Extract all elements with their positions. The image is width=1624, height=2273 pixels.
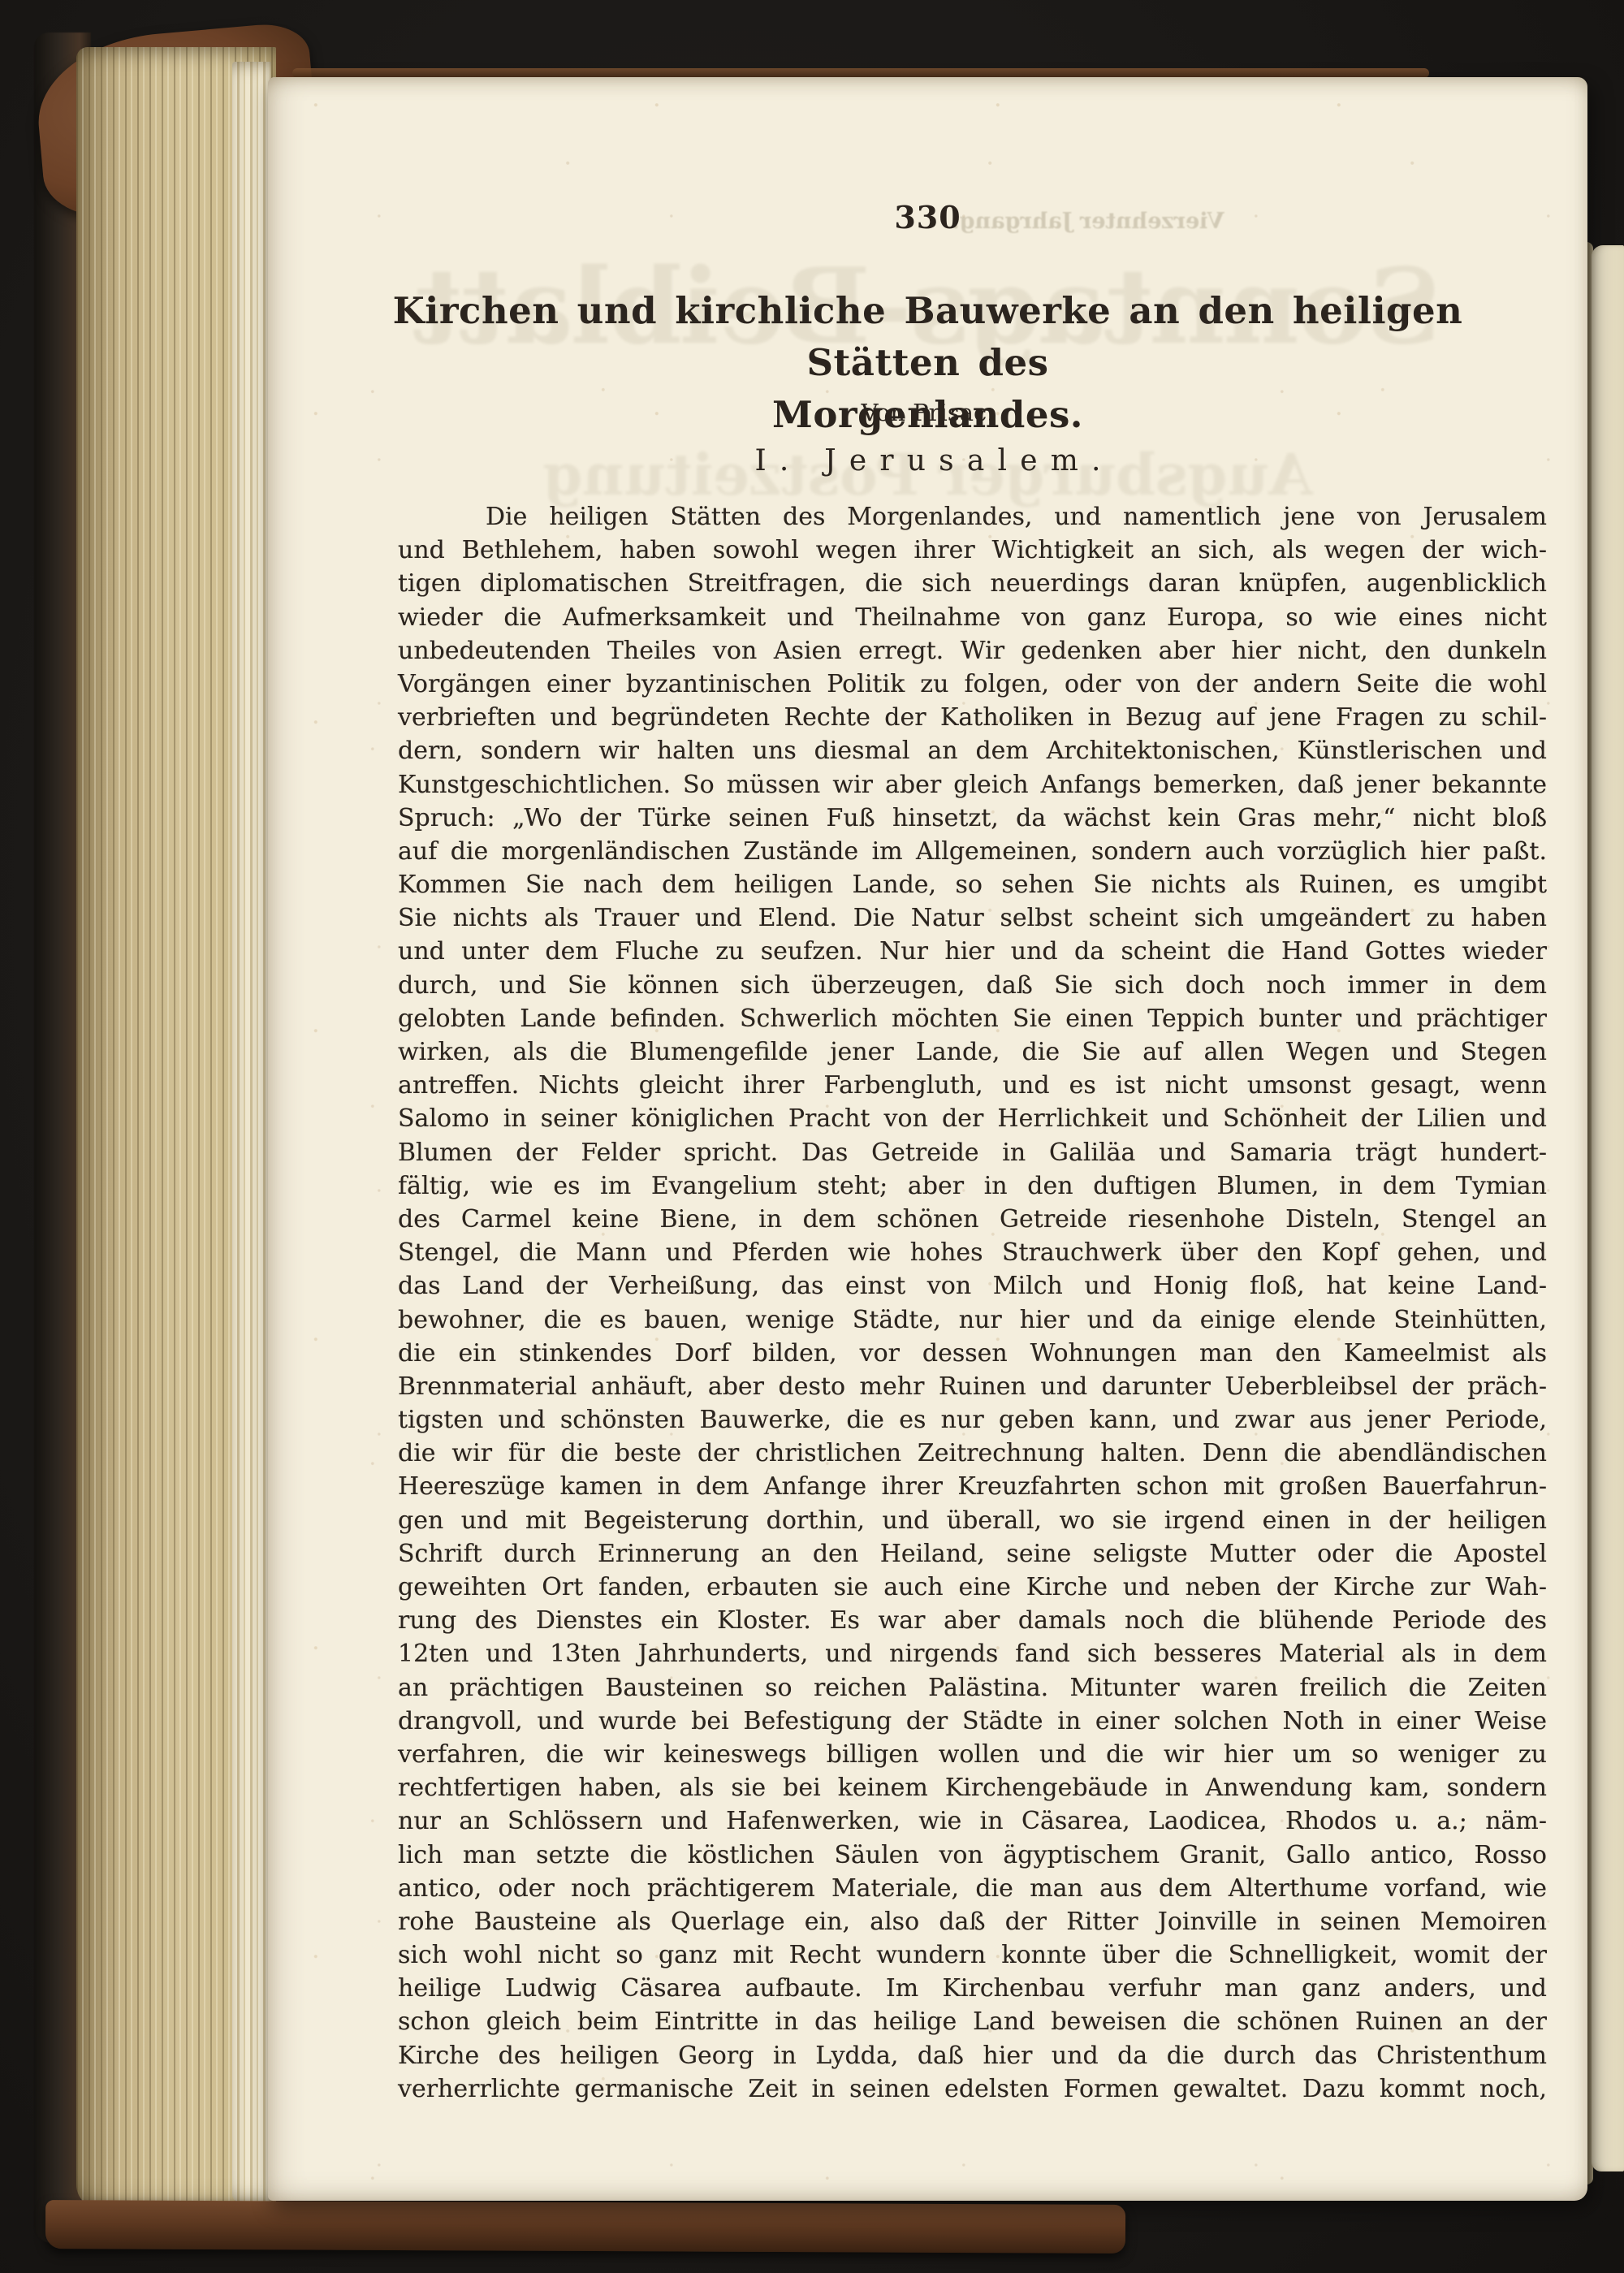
body-line: nur an Schlössern und Hafenwerken, wie i…	[398, 1804, 1547, 1838]
body-line: Kirche des heiligen Georg in Lydda, daß …	[398, 2039, 1547, 2072]
body-line: sich wohl nicht so ganz mit Recht wunder…	[398, 1938, 1547, 1972]
book-leather-bottom-edge	[45, 2200, 1125, 2254]
section-heading: I. Jerusalem.	[268, 444, 1587, 478]
body-line: das Land der Verheißung, das einst von M…	[398, 1269, 1547, 1303]
body-line: wirken, als die Blumengefilde jener Land…	[398, 1035, 1547, 1069]
page-number: 330	[268, 199, 1587, 236]
body-line: und Bethlehem, haben sowohl wegen ihrer …	[398, 534, 1547, 567]
body-line: unbedeutenden Theiles von Asien erregt. …	[398, 634, 1547, 668]
body-line: dern, sondern wir halten uns diesmal an …	[398, 734, 1547, 767]
body-line: die ein stinkendes Dorf bilden, vor dess…	[398, 1337, 1547, 1370]
body-line: und unter dem Fluche zu seufzen. Nur hie…	[398, 935, 1547, 968]
body-line: Spruch: „Wo der Türke seinen Fuß hinsetz…	[398, 802, 1547, 835]
body-line: 12ten und 13ten Jahrhunderts, und nirgen…	[398, 1637, 1547, 1670]
body-line: verherrlichte germanische Zeit in seinen…	[398, 2072, 1547, 2106]
body-line: Sie nichts als Trauer und Elend. Die Nat…	[398, 901, 1547, 935]
body-line: an prächtigen Bausteinen so reichen Palä…	[398, 1671, 1547, 1705]
body-line: gen und mit Begeisterung dorthin, und üb…	[398, 1504, 1547, 1537]
body-line: bewohner, die es bauen, wenige Städte, n…	[398, 1303, 1547, 1337]
body-line: Salomo in seiner königlichen Pracht von …	[398, 1102, 1547, 1135]
body-line: Heereszüge kamen in dem Anfange ihrer Kr…	[398, 1470, 1547, 1503]
book-page: Vierzehnter Jahrgang. Sonntags-Beiblatt …	[268, 77, 1587, 2201]
body-line: Kunstgeschichtlichen. So müssen wir aber…	[398, 768, 1547, 802]
body-line: Vorgängen einer byzantinischen Politik z…	[398, 668, 1547, 701]
body-line: des Carmel keine Biene, in dem schönen G…	[398, 1203, 1547, 1236]
body-line: verfahren, die wir keineswegs billigen w…	[398, 1738, 1547, 1771]
body-line: antico, oder noch prächtigerem Materiale…	[398, 1872, 1547, 1905]
body-line: Schrift durch Erinnerung an den Heiland,…	[398, 1537, 1547, 1571]
body-line: Brennmaterial anhäuft, aber desto mehr R…	[398, 1370, 1547, 1403]
body-line: die wir für die beste der christlichen Z…	[398, 1437, 1547, 1470]
body-line: verbrieften und begründeten Rechte der K…	[398, 701, 1547, 734]
article-title-line1: Kirchen und kirchliche Bauwerke an den h…	[317, 285, 1539, 389]
body-line: rechtfertigen haben, als sie bei keinem …	[398, 1771, 1547, 1804]
scanned-book-photo: Vierzehnter Jahrgang. Sonntags-Beiblatt …	[0, 0, 1624, 2273]
body-line: geweihten Ort fanden, erbauten sie auch …	[398, 1571, 1547, 1604]
body-line: auf die morgenländischen Zustände im All…	[398, 835, 1547, 868]
facing-page-sliver	[1592, 245, 1624, 2171]
body-line: gelobten Lande befinden. Schwerlich möch…	[398, 1002, 1547, 1035]
body-line: Die heiligen Stätten des Morgenlandes, u…	[398, 500, 1547, 534]
article-byline: Von Prisac.	[268, 399, 1587, 426]
body-line: Stengel, die Mann und Pferden wie hohes …	[398, 1236, 1547, 1269]
body-line: drangvoll, und wurde bei Befestigung der…	[398, 1705, 1547, 1738]
body-line: rohe Bausteine als Querlage ein, also da…	[398, 1905, 1547, 1938]
body-line: fältig, wie es im Evangelium steht; aber…	[398, 1169, 1547, 1203]
body-line: durch, und Sie können sich überzeugen, d…	[398, 969, 1547, 1002]
article-body: Die heiligen Stätten des Morgenlandes, u…	[398, 500, 1547, 2106]
body-line: tigen diplomatischen Streitfragen, die s…	[398, 567, 1547, 600]
page-stack-edges	[232, 62, 271, 2202]
body-line: tigsten und schönsten Bauwerke, die es n…	[398, 1403, 1547, 1437]
body-line: lich man setzte die köstlichen Säulen vo…	[398, 1839, 1547, 1872]
body-line: Blumen der Felder spricht. Das Getreide …	[398, 1136, 1547, 1169]
body-line: schon gleich beim Eintritte in das heili…	[398, 2005, 1547, 2038]
body-line: wieder die Aufmerksamkeit und Theilnahme…	[398, 601, 1547, 634]
body-line: rung des Dienstes ein Kloster. Es war ab…	[398, 1604, 1547, 1637]
body-line: Kommen Sie nach dem heiligen Lande, so s…	[398, 868, 1547, 901]
body-line: heilige Ludwig Cäsarea aufbaute. Im Kirc…	[398, 1972, 1547, 2005]
body-line: antreffen. Nichts gleicht ihrer Farbengl…	[398, 1069, 1547, 1102]
